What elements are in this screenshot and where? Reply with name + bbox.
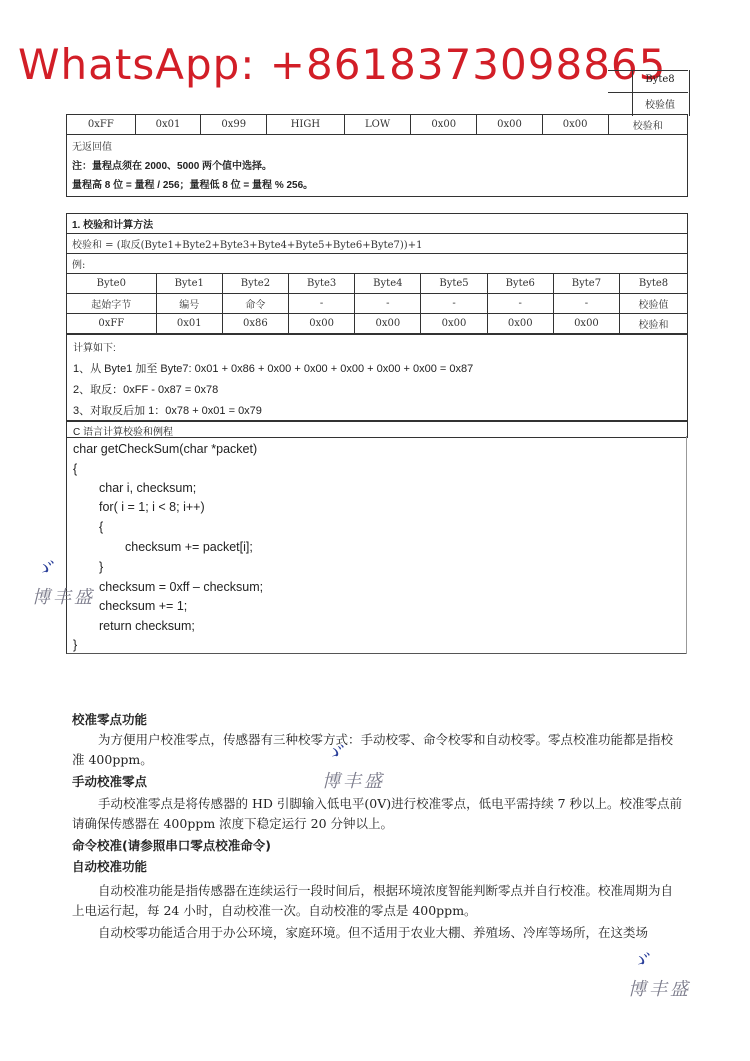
code-line: checksum = 0xff – checksum; (99, 580, 263, 594)
cell: Byte1 (156, 274, 222, 294)
cell: 0x00 (477, 115, 543, 135)
swirl-icon: ゞ (322, 736, 385, 767)
cell: - (553, 294, 619, 314)
logo-watermark: ゞ 博丰盛 (32, 552, 95, 609)
table-row: 起始字节 编号 命令 - - - - - 校验值 (67, 294, 688, 314)
header-check-value: 校验值 (632, 96, 688, 111)
cell: - (355, 294, 421, 314)
code-line: checksum += packet[i]; (125, 540, 253, 554)
swirl-icon: ゞ (628, 944, 691, 975)
code-line: for( i = 1; i < 8; i++) (99, 500, 205, 514)
cell: 起始字节 (67, 294, 157, 314)
cell: Byte2 (222, 274, 288, 294)
cell: 校验值 (620, 294, 688, 314)
logo-watermark: ゞ 博丰盛 (322, 736, 385, 793)
auto-heading: 自动校准功能 (72, 857, 684, 877)
no-return-note: 无返回值 (72, 138, 687, 157)
zero-calibration-heading: 校准零点功能 (72, 710, 684, 730)
cell: 0x86 (222, 314, 288, 334)
checksum-table: 1. 校验和计算方法 校验和 = (取反(Byte1+Byte2+Byte3+B… (66, 213, 688, 334)
cell: 0x99 (201, 115, 267, 135)
cell: 校验和 (608, 115, 687, 135)
command-heading: 命令校准(请参照串口零点校准命令) (72, 836, 684, 856)
cell: 0x01 (135, 115, 201, 135)
code-line: { (73, 462, 77, 476)
cell: 校验和 (620, 314, 688, 334)
code-line: { (99, 520, 103, 534)
example-label: 例: (67, 254, 688, 274)
checksum-formula: 校验和 = (取反(Byte1+Byte2+Byte3+Byte4+Byte5+… (67, 234, 688, 254)
cell: - (421, 294, 487, 314)
header-byte8: Byte8 (632, 74, 688, 85)
auto-text-1: 自动校准功能是指传感器在连续运行一段时间后，根据环境浓度智能判断零点并自行校准。… (72, 881, 684, 921)
range-note: 注：量程点须在 2000、5000 两个值中选择。 (72, 157, 687, 176)
cell: 0x00 (487, 314, 553, 334)
cell: 0xFF (67, 314, 157, 334)
cell: Byte6 (487, 274, 553, 294)
cell: 0x01 (156, 314, 222, 334)
calculation-box: 计算如下: 1、从 Byte1 加至 Byte7: 0x01 + 0x86 + … (66, 334, 688, 422)
calc-step-3: 3、对取反后加 1：0x78 + 0x01 = 0x79 (73, 402, 262, 418)
logo-watermark: ゞ 博丰盛 (628, 944, 691, 1001)
cell: 命令 (222, 294, 288, 314)
calc-step-1: 1、从 Byte1 加至 Byte7: 0x01 + 0x86 + 0x00 +… (73, 360, 473, 376)
command-table: 0xFF 0x01 0x99 HIGH LOW 0x00 0x00 0x00 校… (66, 114, 688, 197)
cell: - (289, 294, 355, 314)
code-line: return checksum; (99, 619, 195, 633)
code-line: } (99, 560, 103, 574)
calc-step-2: 2、取反：0xFF - 0x87 = 0x78 (73, 381, 218, 397)
code-line: } (73, 638, 77, 652)
code-line: char i, checksum; (99, 481, 196, 495)
cell: 0x00 (421, 314, 487, 334)
code-block: char getCheckSum(char *packet) { char i,… (66, 436, 687, 654)
cell: HIGH (267, 115, 345, 135)
cell: Byte8 (620, 274, 688, 294)
range-formula: 量程高 8 位 = 量程 / 256；量程低 8 位 = 量程 % 256。 (72, 176, 687, 195)
cell: 0x00 (355, 314, 421, 334)
cell: Byte5 (421, 274, 487, 294)
cell: Byte3 (289, 274, 355, 294)
cell: Byte0 (67, 274, 157, 294)
cell: - (487, 294, 553, 314)
cell: Byte4 (355, 274, 421, 294)
table-row: 0xFF 0x01 0x99 HIGH LOW 0x00 0x00 0x00 校… (67, 115, 688, 135)
code-line: checksum += 1; (99, 599, 187, 613)
table-row: 0xFF 0x01 0x86 0x00 0x00 0x00 0x00 0x00 … (67, 314, 688, 334)
cell: Byte7 (553, 274, 619, 294)
cell: 编号 (156, 294, 222, 314)
swirl-icon: ゞ (32, 552, 95, 583)
whatsapp-watermark: WhatsApp: +8618373098865 (18, 44, 666, 86)
section-title: 1. 校验和计算方法 (67, 214, 688, 234)
cell: 0x00 (542, 115, 608, 135)
cell: 0x00 (411, 115, 477, 135)
calc-title: 计算如下: (73, 339, 116, 354)
manual-text: 手动校准零点是将传感器的 HD 引脚输入低电平(0V)进行校准零点，低电平需持续… (72, 794, 684, 834)
cell: 0x00 (553, 314, 619, 334)
cell: 0xFF (67, 115, 136, 135)
auto-text-2: 自动校零功能适合用于办公环境，家庭环境。但不适用于农业大棚、养殖场、冷库等场所，… (72, 923, 684, 943)
cell: LOW (344, 115, 411, 135)
table-header-row: Byte0 Byte1 Byte2 Byte3 Byte4 Byte5 Byte… (67, 274, 688, 294)
code-right-border (686, 436, 687, 654)
cell: 0x00 (289, 314, 355, 334)
code-line: char getCheckSum(char *packet) (73, 442, 257, 456)
